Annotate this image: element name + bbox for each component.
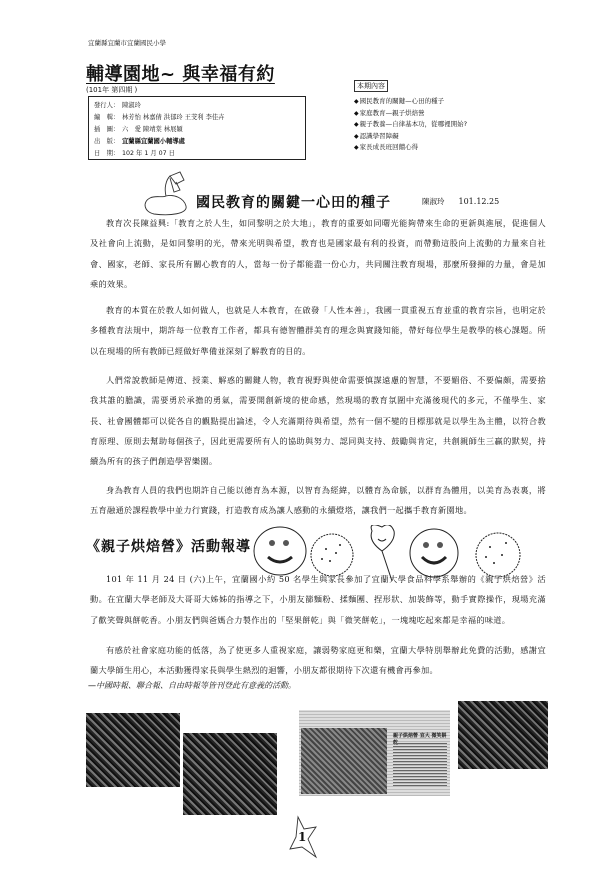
article-paragraph: 101 年 11 月 24 日 (六)上午，宜蘭國小約 50 名學生與家長參加了… — [90, 569, 546, 630]
info-row-illustrators: 插 圖：六 愛 陳靖棠 林展穎 — [94, 124, 300, 136]
article-paragraph: 教育的本質在於教人如何做人，也就是人本教育，在啟發「人性本善」，我國一貫重視五育… — [90, 300, 546, 361]
article-paragraph: 人們常說教師是傳道、授業、解惑的關鍵人物，教育視野與使命需要慎謀遠慮的智慧，不要… — [90, 370, 546, 471]
newspaper-clipping: 親子烘焙營 宜大 微笑餅乾 — [299, 710, 450, 796]
toc-item: 親子教養—自律基本功，從哪裡開始? — [354, 119, 544, 131]
issue-number: (101年 第四期 ) — [86, 85, 137, 95]
page-number: 1 — [298, 830, 306, 844]
newsletter-title: 輔導園地~ 與幸福有約 — [86, 60, 275, 86]
toc-heading: 本期內容 — [354, 80, 388, 92]
toc-item: 認識學習障礙 — [354, 131, 544, 143]
table-of-contents: 本期內容 國民教育的關鍵—心田的種子 家庭教育—親子烘焙營 親子教養—自律基本功… — [354, 80, 544, 154]
article-byline: 陳淑玲101.12.25 — [422, 196, 499, 207]
activity-photo-3 — [458, 701, 548, 769]
press-footnote: —中國時報、聯合報、自由時報等皆刊登此有意義的活動。 — [88, 680, 296, 691]
toc-item: 家長成長班回饋心得 — [354, 142, 544, 154]
article-title: 國民教育的關鍵一心田的種子 — [196, 192, 391, 212]
info-row-editors: 編 輯：林芳怡 林嘉倩 洪郁玲 王芠利 李佳卉 — [94, 112, 300, 124]
article-paragraph: 有感於社會家庭功能的低落，為了使更多人重視家庭，讓弱勢家庭更和樂，宜蘭大學特別舉… — [90, 640, 546, 681]
info-row-publisher-office: 出 版：宜蘭縣宜蘭國小輔導處 — [94, 136, 300, 148]
author: 陳淑玲 — [422, 197, 445, 206]
clipping-text — [393, 742, 447, 786]
toc-item: 家庭教育—親子烘焙營 — [354, 108, 544, 120]
article-date: 101.12.25 — [459, 197, 500, 206]
info-row-publisher: 發行人：陳淑玲 — [94, 100, 300, 112]
section-title: 《親子烘焙營》活動報導 — [86, 536, 251, 556]
toc-item: 國民教育的關鍵—心田的種子 — [354, 96, 544, 108]
page-number-star: 1 — [288, 815, 318, 859]
publication-info-box: 發行人：陳淑玲 編 輯：林芳怡 林嘉倩 洪郁玲 王芠利 李佳卉 插 圖：六 愛 … — [88, 96, 306, 160]
school-name: 宜蘭縣宜蘭市宜蘭國民小學 — [88, 38, 166, 47]
article-paragraph: 教育次長陳益興:「教育之於人生，如同黎明之於大地」，教育的重要如同曙光能夠帶來生… — [90, 213, 546, 294]
activity-photo-1 — [86, 713, 180, 787]
clipping-photo — [301, 728, 387, 794]
article-paragraph: 身為教育人員的我們也期許自己能以德育為本源，以智育為經緯，以體育為命脈，以群育為… — [90, 480, 546, 521]
info-row-date: 日 期：102 年 1 月 07 日 — [94, 148, 300, 160]
activity-photo-2 — [183, 733, 277, 815]
